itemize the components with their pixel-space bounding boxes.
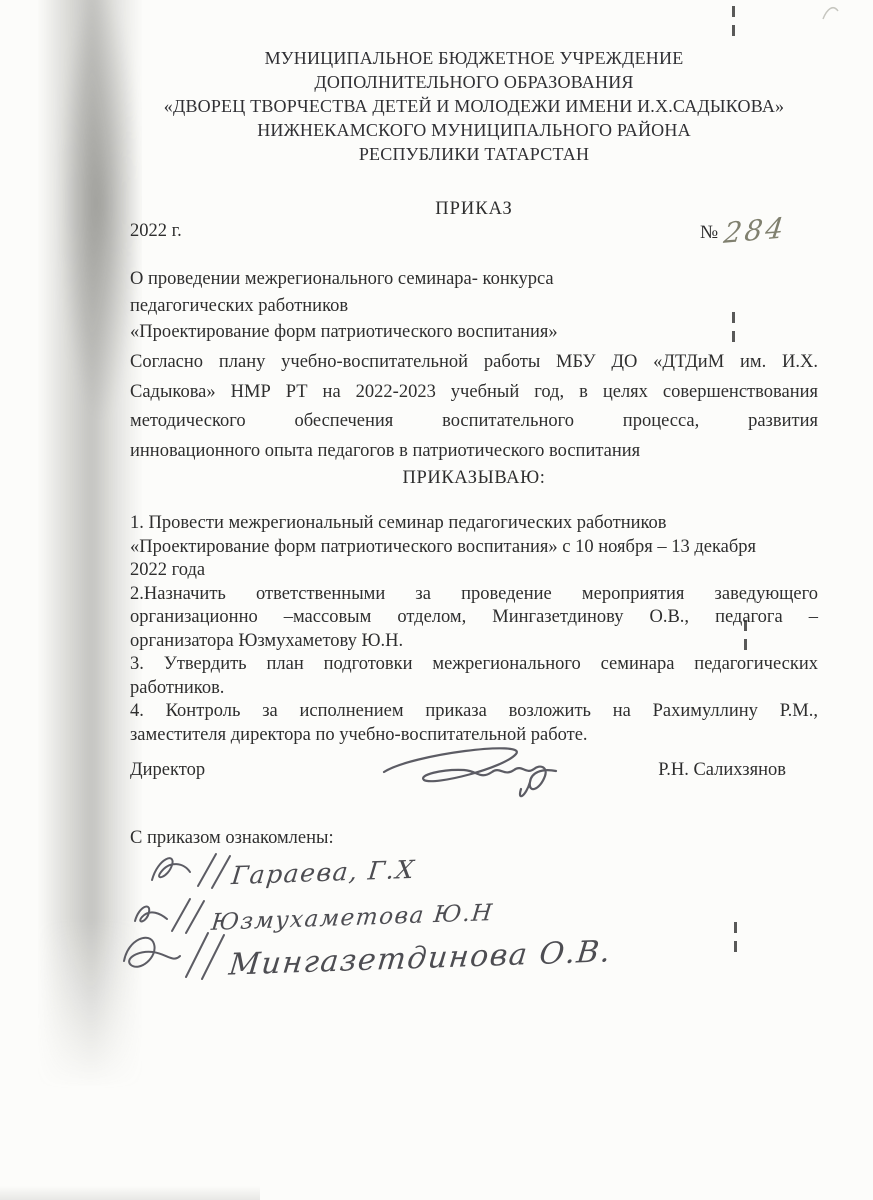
director-role-label: Директор <box>130 760 205 781</box>
order-number-handwritten: 284 <box>722 211 788 250</box>
signatory-name: Мингазетдинова О.В. <box>227 934 613 982</box>
preamble-line: Садыкова» НМР РТ на 2022-2023 учебный го… <box>130 378 818 408</box>
signatory-row: Мингазетдинова О.В. <box>130 925 818 993</box>
signatory-name: Гараева, Г.Х <box>230 855 417 890</box>
signature-scribble <box>116 925 232 985</box>
preamble-line: Согласно плану учебно-воспитательной раб… <box>130 348 818 378</box>
org-name-line: ДОПОЛНИТЕЛЬНОГО ОБРАЗОВАНИЯ <box>130 70 818 94</box>
order-item-line: 3. Утвердить план подготовки межрегионал… <box>130 653 818 677</box>
order-item-line: организационно –массовым отделом, Мингаз… <box>130 606 818 630</box>
org-name-line: МУНИЦИПАЛЬНОЕ БЮДЖЕТНОЕ УЧРЕЖДЕНИЕ <box>130 46 818 70</box>
order-subject: О проведении межрегионального семинара- … <box>130 266 818 346</box>
number-sign: № <box>700 222 718 244</box>
director-signature-scribble <box>378 738 588 804</box>
organization-header: МУНИЦИПАЛЬНОЕ БЮДЖЕТНОЕ УЧРЕЖДЕНИЕ ДОПОЛ… <box>130 46 818 166</box>
preamble-line: методического обеспечения воспитательног… <box>130 407 818 437</box>
order-preamble: Согласно плану учебно-воспитательной раб… <box>130 348 818 466</box>
signature-scribble <box>146 848 242 894</box>
org-name-line: РЕСПУБЛИКИ ТАТАРСТАН <box>130 142 818 166</box>
order-item-line: работников. <box>130 677 818 701</box>
resolution-heading: ПРИКАЗЫВАЮ: <box>130 468 818 489</box>
order-item-line: организатора Юзмухаметову Ю.Н. <box>130 630 818 654</box>
scanned-order-page: МУНИЦИПАЛЬНОЕ БЮДЖЕТНОЕ УЧРЕЖДЕНИЕ ДОПОЛ… <box>0 0 873 1200</box>
subject-line: «Проектирование форм патриотического вос… <box>130 319 818 346</box>
subject-line: педагогических работников <box>130 293 818 320</box>
order-item-line: 2.Назначить ответственными за проведение… <box>130 583 818 607</box>
org-name-line: «ДВОРЕЦ ТВОРЧЕСТВА ДЕТЕЙ И МОЛОДЕЖИ ИМЕН… <box>130 94 818 118</box>
director-name: Р.Н. Салихзянов <box>658 760 786 781</box>
acknowledgement-heading: С приказом ознакомлены: <box>130 828 334 849</box>
margin-tick-mark <box>732 6 735 38</box>
pencil-mark <box>820 2 842 22</box>
order-item-line: 4. Контроль за исполнением приказа возло… <box>130 700 818 724</box>
order-date: 2022 г. <box>130 221 182 241</box>
order-item-line: 1. Провести межрегиональный семинар педа… <box>130 512 818 536</box>
order-item-line: «Проектирование форм патриотического вос… <box>130 536 818 560</box>
order-item-line: 2022 года <box>130 559 818 583</box>
order-items: 1. Провести межрегиональный семинар педа… <box>130 512 818 747</box>
document-title: ПРИКАЗ <box>130 199 818 220</box>
scanner-bottom-smudge <box>0 1186 260 1200</box>
org-name-line: НИЖНЕКАМСКОГО МУНИЦИПАЛЬНОГО РАЙОНА <box>130 118 818 142</box>
preamble-line: инновационного опыта педагогов в патриот… <box>130 437 818 467</box>
date-and-number-row: 2022 г. № 284 <box>130 221 818 242</box>
subject-line: О проведении межрегионального семинара- … <box>130 266 818 293</box>
